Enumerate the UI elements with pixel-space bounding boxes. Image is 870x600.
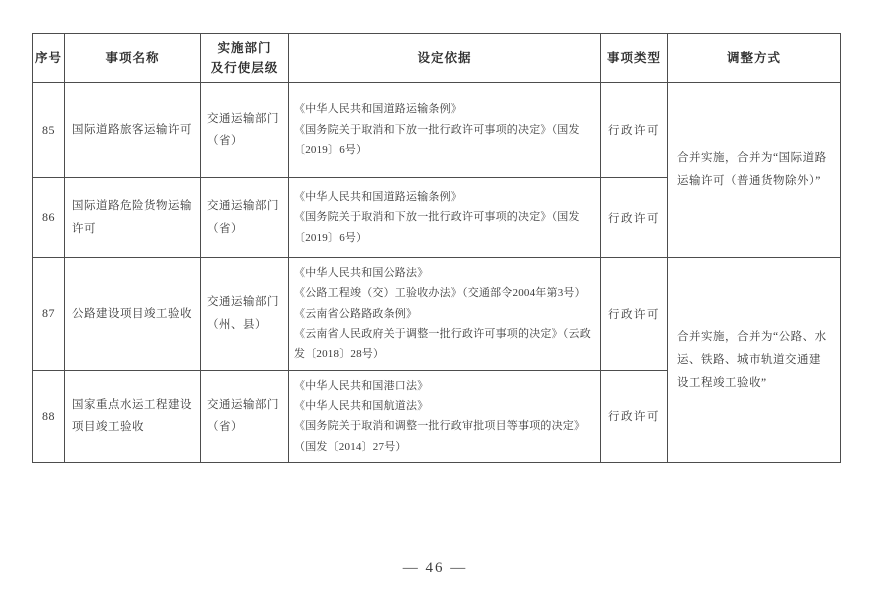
cell-item-name: 国际道路旅客运输许可: [65, 83, 201, 178]
page-number: — 46 —: [0, 560, 870, 577]
col-header-adjust: 调整方式: [668, 34, 841, 83]
basis-item: 《中华人民共和国公路法》: [294, 263, 595, 283]
basis-item: 《云南省公路路政条例》: [294, 304, 595, 324]
cell-item-name: 国家重点水运工程建设项目竣工验收: [65, 370, 201, 462]
cell-basis: 《中华人民共和国道路运输条例》 《国务院关于取消和下放一批行政许可事项的决定》（…: [289, 83, 601, 178]
cell-adjustment-87-88: 合并实施，合并为“公路、水运、铁路、城市轨道交通建设工程竣工验收”: [668, 258, 841, 463]
table-row-85: 85 国际道路旅客运输许可 交通运输部门（省） 《中华人民共和国道路运输条例》 …: [33, 83, 841, 178]
col-header-basis: 设定依据: [289, 34, 601, 83]
table-header-row: 序号 事项名称 实施部门 及行使层级 设定依据 事项类型 调整方式: [33, 34, 841, 83]
cell-item-name: 国际道路危险货物运输许可: [65, 178, 201, 258]
document-page: 序号 事项名称 实施部门 及行使层级 设定依据 事项类型 调整方式 85 国际道…: [0, 0, 870, 600]
basis-item: 《中华人民共和国航道法》: [294, 396, 595, 416]
cell-item-type: 行政许可: [601, 83, 668, 178]
approval-items-table: 序号 事项名称 实施部门 及行使层级 设定依据 事项类型 调整方式 85 国际道…: [32, 33, 841, 463]
cell-basis: 《中华人民共和国港口法》 《中华人民共和国航道法》 《国务院关于取消和调整一批行…: [289, 370, 601, 462]
basis-item: 《云南省人民政府关于调整一批行政许可事项的决定》（云政发〔2018〕28号）: [294, 324, 595, 365]
cell-no: 87: [33, 258, 65, 371]
col-header-name: 事项名称: [65, 34, 201, 83]
cell-adjustment-85-86: 合并实施，合并为“国际道路运输许可（普通货物除外）”: [668, 83, 841, 258]
col-header-no: 序号: [33, 34, 65, 83]
basis-item: 《国务院关于取消和下放一批行政许可事项的决定》（国发〔2019〕6号）: [294, 120, 595, 161]
cell-department: 交通运输部门（省）: [201, 178, 289, 258]
col-header-type: 事项类型: [601, 34, 668, 83]
cell-no: 86: [33, 178, 65, 258]
cell-basis: 《中华人民共和国道路运输条例》 《国务院关于取消和下放一批行政许可事项的决定》（…: [289, 178, 601, 258]
cell-no: 88: [33, 370, 65, 462]
basis-item: 《中华人民共和国道路运输条例》: [294, 99, 595, 119]
cell-no: 85: [33, 83, 65, 178]
table-row-87: 87 公路建设项目竣工验收 交通运输部门（州、县） 《中华人民共和国公路法》 《…: [33, 258, 841, 371]
basis-item: 《中华人民共和国港口法》: [294, 376, 595, 396]
basis-item: 《中华人民共和国道路运输条例》: [294, 187, 595, 207]
basis-item: 《公路工程竣（交）工验收办法》（交通部令2004年第3号）: [294, 283, 595, 303]
col-header-dept: 实施部门 及行使层级: [201, 34, 289, 83]
cell-department: 交通运输部门（省）: [201, 370, 289, 462]
cell-department: 交通运输部门（州、县）: [201, 258, 289, 371]
cell-item-name: 公路建设项目竣工验收: [65, 258, 201, 371]
cell-basis: 《中华人民共和国公路法》 《公路工程竣（交）工验收办法》（交通部令2004年第3…: [289, 258, 601, 371]
basis-item: 《国务院关于取消和下放一批行政许可事项的决定》（国发〔2019〕6号）: [294, 207, 595, 248]
cell-item-type: 行政许可: [601, 258, 668, 371]
cell-item-type: 行政许可: [601, 370, 668, 462]
cell-department: 交通运输部门（省）: [201, 83, 289, 178]
basis-item: 《国务院关于取消和调整一批行政审批项目等事项的决定》（国发〔2014〕27号）: [294, 416, 595, 457]
cell-item-type: 行政许可: [601, 178, 668, 258]
